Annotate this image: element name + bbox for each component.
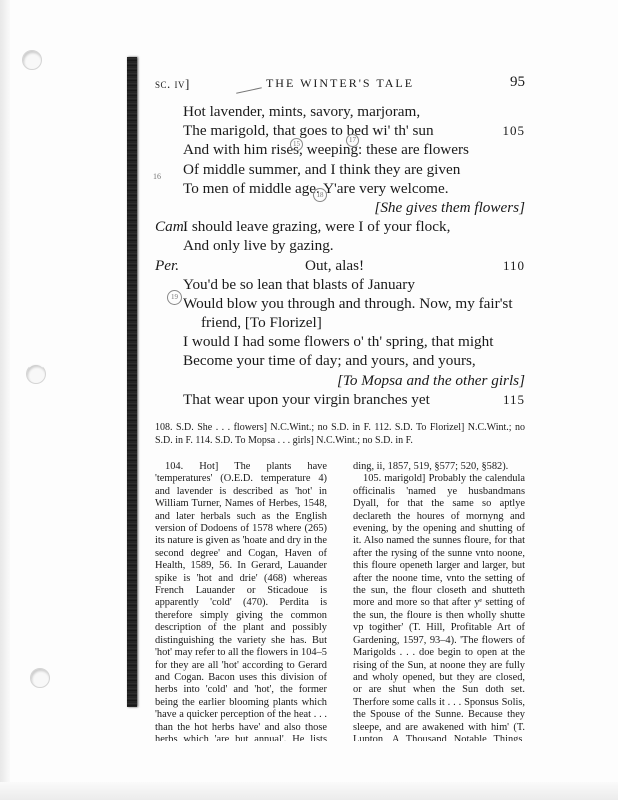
- scan-bottom-edge: [0, 782, 618, 800]
- scan-left-edge: [0, 0, 10, 800]
- verse-line: And only live by gazing.: [155, 236, 525, 255]
- verse-text: You'd be so lean that blasts of January: [183, 275, 415, 294]
- punch-hole: [30, 668, 50, 688]
- verse-block: Hot lavender, mints, savory, marjoram,Th…: [155, 102, 525, 409]
- circled-number-mark: 18: [313, 188, 327, 202]
- line-number: 115: [503, 390, 525, 409]
- verse-line: That wear upon your virgin branches yet1…: [155, 390, 525, 409]
- line-number: 105: [503, 121, 526, 140]
- circled-number-mark: 19: [167, 290, 182, 305]
- notes-left-column: 104. Hot] The plants have 'temperatures'…: [155, 461, 327, 741]
- collation-notes: 108. S.D. She . . . flowers] N.C.Wint.; …: [155, 422, 525, 447]
- play-title: THE WINTER'S TALE: [155, 76, 525, 91]
- speaker-name: Per.: [155, 256, 179, 275]
- circled-number-mark: 17: [346, 134, 359, 147]
- verse-text: I would I had some flowers o' th' spring…: [183, 332, 493, 351]
- note-paragraph: 105. marigold] Probably the calendula of…: [353, 473, 525, 741]
- verse-line: To men of middle age. Y'are very welcome…: [155, 179, 525, 198]
- verse-text: [She gives them flowers]: [374, 198, 525, 217]
- verse-line: Cam.I should leave grazing, were I of yo…: [155, 217, 525, 236]
- verse-line: You'd be so lean that blasts of January: [155, 275, 525, 294]
- verse-text: Out, alas!: [305, 256, 364, 275]
- punch-hole: [22, 50, 42, 70]
- verse-line: Would blow you through and through. Now,…: [155, 294, 525, 313]
- verse-line: The marigold, that goes to bed wi' th' s…: [155, 121, 525, 140]
- stage-direction: [To Mopsa and the other girls]: [155, 371, 525, 390]
- note-paragraph: 104. Hot] The plants have 'temperatures'…: [155, 461, 327, 741]
- verse-text: friend, [To Florizel]: [201, 313, 322, 332]
- verse-line: And with him rises, weeping: these are f…: [155, 140, 525, 159]
- verse-line: Become your time of day; and yours, and …: [155, 351, 525, 370]
- note-paragraph: ding, ii, 1857, 519, §577; 520, §582).: [353, 461, 525, 473]
- verse-text: [To Mopsa and the other girls]: [337, 371, 525, 390]
- verse-line: friend, [To Florizel]: [155, 313, 525, 332]
- verse-line: Per.Out, alas!110: [155, 256, 525, 275]
- line-number: 110: [503, 256, 525, 275]
- binding-shadow: [127, 57, 137, 707]
- verse-line: I would I had some flowers o' th' spring…: [155, 332, 525, 351]
- book-page: sc. iv] THE WINTER'S TALE 95 Hot lavende…: [155, 74, 525, 741]
- verse-line: Hot lavender, mints, savory, marjoram,: [155, 102, 525, 121]
- commentary-notes: 104. Hot] The plants have 'temperatures'…: [155, 461, 525, 741]
- verse-line: Of middle summer, and I think they are g…: [155, 160, 525, 179]
- punch-hole: [26, 364, 46, 384]
- verse-text: And with him rises, weeping: these are f…: [183, 140, 469, 159]
- notes-right-column: ding, ii, 1857, 519, §577; 520, §582).10…: [353, 461, 525, 741]
- verse-text: And only live by gazing.: [183, 236, 334, 255]
- stage-direction: [She gives them flowers]: [155, 198, 525, 217]
- verse-text: Of middle summer, and I think they are g…: [183, 160, 460, 179]
- circled-number-mark: 15: [290, 138, 303, 151]
- verse-text: The marigold, that goes to bed wi' th' s…: [183, 121, 434, 140]
- verse-text: That wear upon your virgin branches yet: [183, 390, 430, 409]
- page-number: 95: [510, 74, 525, 91]
- verse-text: I should leave grazing, were I of your f…: [183, 217, 450, 236]
- running-head: sc. iv] THE WINTER'S TALE 95: [155, 74, 525, 96]
- verse-text: Hot lavender, mints, savory, marjoram,: [183, 102, 420, 121]
- verse-text: Would blow you through and through. Now,…: [183, 294, 513, 313]
- verse-text: Become your time of day; and yours, and …: [183, 351, 476, 370]
